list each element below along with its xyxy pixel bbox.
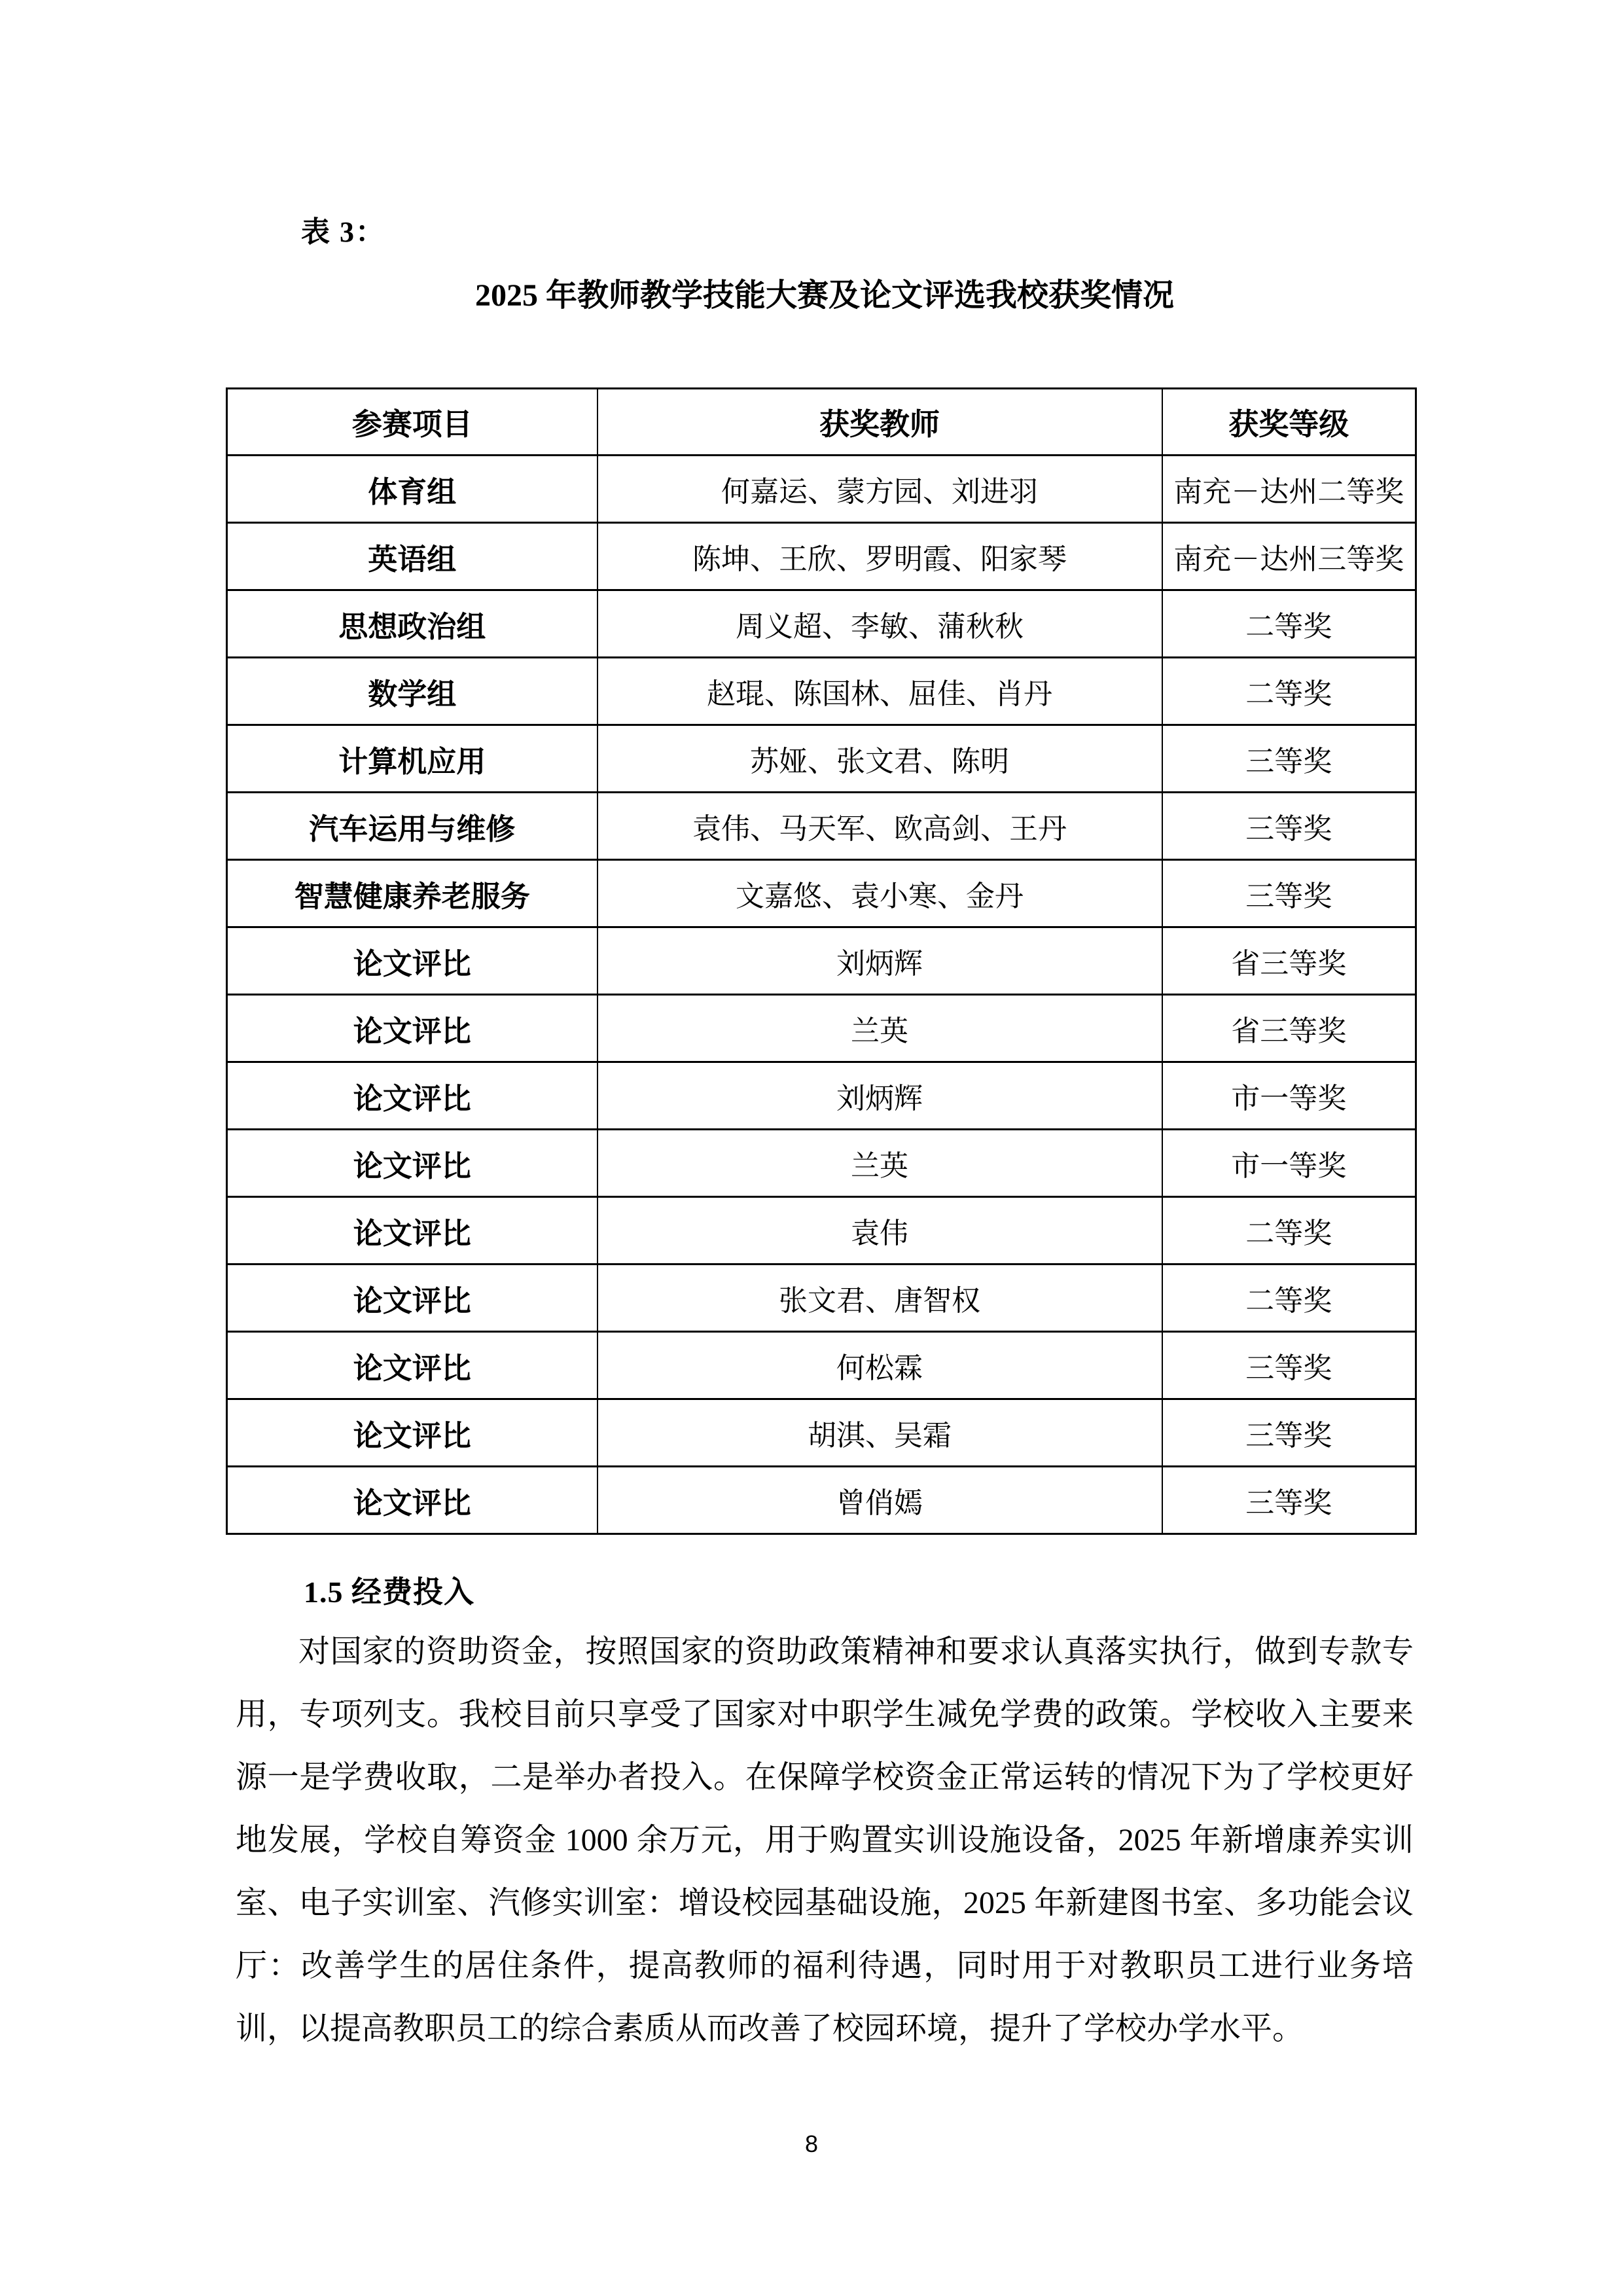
cell-teachers: 何嘉运、蒙方园、刘进羽 — [597, 456, 1162, 523]
table-row: 英语组陈坤、王欣、罗明霞、阳家琴南充－达州三等奖 — [227, 523, 1416, 590]
cell-award: 市一等奖 — [1162, 1062, 1416, 1130]
cell-award: 三等奖 — [1162, 1332, 1416, 1399]
cell-project: 体育组 — [227, 456, 597, 523]
table-row: 汽车运用与维修袁伟、马天军、欧高剑、王丹三等奖 — [227, 793, 1416, 860]
cell-award: 南充－达州三等奖 — [1162, 523, 1416, 590]
cell-teachers: 周义超、李敏、蒲秋秋 — [597, 590, 1162, 658]
table-row: 论文评比何松霖三等奖 — [227, 1332, 1416, 1399]
header-cell-teachers: 获奖教师 — [597, 389, 1162, 456]
cell-teachers: 赵琨、陈国林、屈佳、肖丹 — [597, 658, 1162, 725]
cell-project: 思想政治组 — [227, 590, 597, 658]
cell-teachers: 兰英 — [597, 1130, 1162, 1197]
document-page: 表 3： 2025 年教师教学技能大赛及论文评选我校获奖情况 参赛项目 获奖教师… — [0, 0, 1623, 2296]
section-heading: 1.5 经费投入 — [304, 1568, 474, 1611]
table-row: 论文评比张文君、唐智权二等奖 — [227, 1265, 1416, 1332]
award-table: 参赛项目 获奖教师 获奖等级 体育组何嘉运、蒙方园、刘进羽南充－达州二等奖英语组… — [226, 387, 1417, 1535]
cell-project: 计算机应用 — [227, 725, 597, 793]
cell-project: 英语组 — [227, 523, 597, 590]
cell-teachers: 曾俏嫣 — [597, 1467, 1162, 1534]
table-row: 论文评比兰英市一等奖 — [227, 1130, 1416, 1197]
table-row: 论文评比曾俏嫣三等奖 — [227, 1467, 1416, 1534]
table-row: 数学组赵琨、陈国林、屈佳、肖丹二等奖 — [227, 658, 1416, 725]
cell-award: 南充－达州二等奖 — [1162, 456, 1416, 523]
cell-award: 三等奖 — [1162, 1399, 1416, 1467]
table-row: 论文评比袁伟二等奖 — [227, 1197, 1416, 1265]
cell-teachers: 文嘉悠、袁小寒、金丹 — [597, 860, 1162, 927]
cell-teachers: 张文君、唐智权 — [597, 1265, 1162, 1332]
cell-teachers: 兰英 — [597, 995, 1162, 1062]
cell-award: 省三等奖 — [1162, 995, 1416, 1062]
cell-project: 论文评比 — [227, 1062, 597, 1130]
cell-project: 论文评比 — [227, 1332, 597, 1399]
cell-project: 论文评比 — [227, 1467, 597, 1534]
header-cell-project: 参赛项目 — [227, 389, 597, 456]
page-number: 8 — [0, 2130, 1623, 2158]
table-label: 表 3： — [301, 208, 385, 250]
cell-award: 三等奖 — [1162, 1467, 1416, 1534]
table-row: 思想政治组周义超、李敏、蒲秋秋二等奖 — [227, 590, 1416, 658]
cell-teachers: 苏娅、张文君、陈明 — [597, 725, 1162, 793]
cell-award: 省三等奖 — [1162, 927, 1416, 995]
cell-award: 二等奖 — [1162, 590, 1416, 658]
header-cell-award: 获奖等级 — [1162, 389, 1416, 456]
cell-project: 数学组 — [227, 658, 597, 725]
table-title: 2025 年教师教学技能大赛及论文评选我校获奖情况 — [236, 270, 1414, 315]
cell-project: 智慧健康养老服务 — [227, 860, 597, 927]
cell-award: 二等奖 — [1162, 1265, 1416, 1332]
table-header-row: 参赛项目 获奖教师 获奖等级 — [227, 389, 1416, 456]
cell-award: 二等奖 — [1162, 658, 1416, 725]
cell-project: 论文评比 — [227, 1399, 597, 1467]
table-row: 体育组何嘉运、蒙方园、刘进羽南充－达州二等奖 — [227, 456, 1416, 523]
cell-project: 汽车运用与维修 — [227, 793, 597, 860]
table-row: 计算机应用苏娅、张文君、陈明三等奖 — [227, 725, 1416, 793]
cell-project: 论文评比 — [227, 1265, 597, 1332]
cell-teachers: 刘炳辉 — [597, 927, 1162, 995]
cell-award: 三等奖 — [1162, 793, 1416, 860]
cell-teachers: 何松霖 — [597, 1332, 1162, 1399]
cell-teachers: 陈坤、王欣、罗明霞、阳家琴 — [597, 523, 1162, 590]
cell-teachers: 胡淇、吴霜 — [597, 1399, 1162, 1467]
cell-teachers: 袁伟 — [597, 1197, 1162, 1265]
cell-teachers: 袁伟、马天军、欧高剑、王丹 — [597, 793, 1162, 860]
table-row: 论文评比胡淇、吴霜三等奖 — [227, 1399, 1416, 1467]
body-paragraph: 对国家的资助资金，按照国家的资助政策精神和要求认真落实执行，做到专款专用，专项列… — [236, 1621, 1414, 2060]
award-table-body: 体育组何嘉运、蒙方园、刘进羽南充－达州二等奖英语组陈坤、王欣、罗明霞、阳家琴南充… — [227, 456, 1416, 1534]
cell-award: 三等奖 — [1162, 860, 1416, 927]
cell-award: 三等奖 — [1162, 725, 1416, 793]
table-row: 论文评比刘炳辉省三等奖 — [227, 927, 1416, 995]
cell-award: 市一等奖 — [1162, 1130, 1416, 1197]
table-row: 论文评比兰英省三等奖 — [227, 995, 1416, 1062]
cell-project: 论文评比 — [227, 1130, 597, 1197]
cell-project: 论文评比 — [227, 995, 597, 1062]
cell-project: 论文评比 — [227, 1197, 597, 1265]
table-row: 论文评比刘炳辉市一等奖 — [227, 1062, 1416, 1130]
cell-project: 论文评比 — [227, 927, 597, 995]
cell-award: 二等奖 — [1162, 1197, 1416, 1265]
table-row: 智慧健康养老服务文嘉悠、袁小寒、金丹三等奖 — [227, 860, 1416, 927]
cell-teachers: 刘炳辉 — [597, 1062, 1162, 1130]
